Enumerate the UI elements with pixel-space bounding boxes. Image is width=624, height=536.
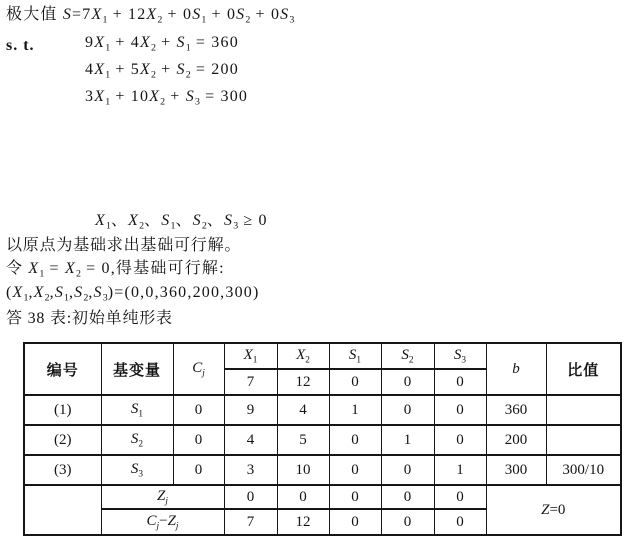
cell-value: 0 xyxy=(434,425,486,455)
objective-function-line: 极大值 S=7X1 + 12X2 + 0S1 + 0S2 + 0S3 xyxy=(6,5,294,30)
cell-value: 0 xyxy=(329,455,381,485)
cell-value: 1 xyxy=(329,395,381,425)
row-b-value: 200 xyxy=(486,425,546,455)
cj-minus-zj-label: Cj−Zj xyxy=(101,509,224,535)
scanned-textbook-page: 极大值 S=7X1 + 12X2 + 0S1 + 0S2 + 0S3 s. t.… xyxy=(0,0,624,536)
header-var-s1: S1 xyxy=(329,343,381,369)
cz-value: 0 xyxy=(329,509,381,535)
constraint-line-1: 9X1 + 4X2 + S1 = 360 xyxy=(85,33,239,58)
header-var-s3: S3 xyxy=(434,343,486,369)
table-row: (1) S1 0 9 4 1 0 0 360 xyxy=(24,395,621,425)
header-basis-variable: 基变量 xyxy=(101,343,173,395)
row-cb: 0 xyxy=(173,395,224,425)
obj-coeff-s3: 0 xyxy=(434,369,486,395)
subject-to-label: s. t. xyxy=(6,36,35,56)
row-id: (3) xyxy=(24,455,101,485)
cell-value: 4 xyxy=(224,425,277,455)
header-var-s2: S2 xyxy=(381,343,434,369)
obj-coeff-s2: 0 xyxy=(381,369,434,395)
basic-feasible-solution-line: (X1,X2,S1,S2,S3)=(0,0,360,200,300) xyxy=(6,283,260,308)
row-cb: 0 xyxy=(173,455,224,485)
header-var-x2: X2 xyxy=(277,343,329,369)
cell-value: 0 xyxy=(381,455,434,485)
cz-value: 7 xyxy=(224,509,277,535)
row-id: (2) xyxy=(24,425,101,455)
zj-value: 0 xyxy=(329,485,381,509)
zj-row: Zj 0 0 0 0 0 Z=0 xyxy=(24,485,621,509)
note-let-variables: 令 X1 = X2 = 0,得基础可行解: xyxy=(6,259,225,284)
row-b-value: 360 xyxy=(486,395,546,425)
zj-value: 0 xyxy=(224,485,277,509)
cell-value: 10 xyxy=(277,455,329,485)
cell-value: 0 xyxy=(434,395,486,425)
header-ratio: 比值 xyxy=(546,343,621,395)
table-caption: 答 38 表:初始单纯形表 xyxy=(6,309,173,329)
cz-value: 0 xyxy=(434,509,486,535)
obj-coeff-x1: 7 xyxy=(224,369,277,395)
row-basis: S2 xyxy=(101,425,173,455)
row-b-value: 300 xyxy=(486,455,546,485)
cell-value: 1 xyxy=(381,425,434,455)
row-id: (1) xyxy=(24,395,101,425)
row-cb: 0 xyxy=(173,425,224,455)
zj-value: 0 xyxy=(381,485,434,509)
obj-coeff-x2: 12 xyxy=(277,369,329,395)
obj-coeff-s1: 0 xyxy=(329,369,381,395)
zj-label: Zj xyxy=(101,485,224,509)
cz-value: 0 xyxy=(381,509,434,535)
cell-value: 0 xyxy=(381,395,434,425)
cell-value: 3 xyxy=(224,455,277,485)
row-ratio: 300/10 xyxy=(546,455,621,485)
constraint-line-2: 4X1 + 5X2 + S2 = 200 xyxy=(85,60,239,85)
row-basis: S3 xyxy=(101,455,173,485)
row-basis: S1 xyxy=(101,395,173,425)
cz-value: 12 xyxy=(277,509,329,535)
table-row: (2) S2 0 4 5 0 1 0 200 xyxy=(24,425,621,455)
constraint-line-3: 3X1 + 10X2 + S3 = 300 xyxy=(85,87,248,112)
row-ratio xyxy=(546,425,621,455)
note-origin-basis: 以原点为基础求出基础可行解。 xyxy=(6,236,241,256)
header-var-x1: X1 xyxy=(224,343,277,369)
empty-corner-cell xyxy=(24,485,101,535)
header-cj: Cj xyxy=(173,343,224,395)
zj-value: 0 xyxy=(277,485,329,509)
cell-value: 5 xyxy=(277,425,329,455)
nonnegativity-line: X1、X2、S1、S2、S3 ≥ 0 xyxy=(95,211,268,236)
cell-value: 4 xyxy=(277,395,329,425)
cell-value: 9 xyxy=(224,395,277,425)
cell-value: 0 xyxy=(329,425,381,455)
row-ratio xyxy=(546,395,621,425)
header-row-id: 编号 xyxy=(24,343,101,395)
header-b-column: b xyxy=(486,343,546,395)
table-row: (3) S3 0 3 10 0 0 1 300 300/10 xyxy=(24,455,621,485)
initial-simplex-table: 编号 基变量 Cj X1 X2 S1 S2 S3 b 比值 7 12 0 0 0… xyxy=(23,342,622,536)
z-total-cell: Z=0 xyxy=(486,485,621,535)
cell-value: 1 xyxy=(434,455,486,485)
zj-value: 0 xyxy=(434,485,486,509)
